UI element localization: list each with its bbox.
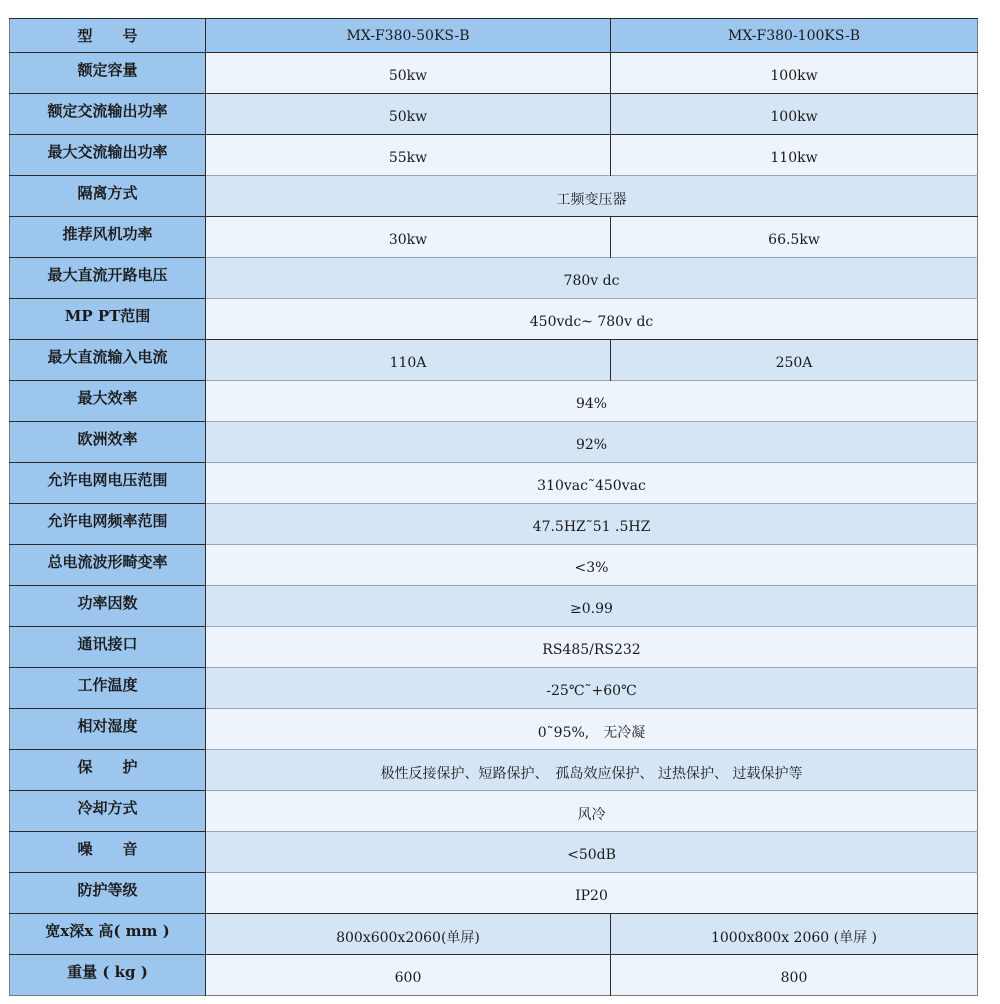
row-value: 92% [206,422,978,463]
table-row: 最大直流输入电流110A250A [10,340,978,381]
row-value: RS485/RS232 [206,627,978,668]
table-row: 通讯接口RS485/RS232 [10,627,978,668]
row-label: 宽x深x 高( mm ) [10,914,206,955]
row-value-model-b: 100kw [611,94,978,135]
row-value-model-a: 50kw [206,53,611,94]
row-label: 欧洲效率 [10,422,206,463]
row-value: 0˜95%, 无冷凝 [206,709,978,750]
row-value-model-b: 1000x800x 2060 (单屏 ) [611,914,978,955]
table-row: 隔离方式工频变压器 [10,176,978,217]
row-label: 重量 ( kg ) [10,955,206,996]
row-label: 相对湿度 [10,709,206,750]
table-row: 额定交流输出功率50kw100kw [10,94,978,135]
row-value-model-b: 110kw [611,135,978,176]
table-row: 保 护极性反接保护、短路保护、 孤岛效应保护、 过热保护、 过载保护等 [10,750,978,791]
row-value-model-a: 50kw [206,94,611,135]
row-label: 噪 音 [10,832,206,873]
row-value: 工频变压器 [206,176,978,217]
row-value-model-a: 30kw [206,217,611,258]
table-row: 重量 ( kg )600800 [10,955,978,996]
row-label: 最大直流开路电压 [10,258,206,299]
row-value: -25℃˜+60℃ [206,668,978,709]
row-value: 310vac˜450vac [206,463,978,504]
row-label: 额定容量 [10,53,206,94]
row-value: 450vdc~ 780v dc [206,299,978,340]
table-row: 总电流波形畸变率<3% [10,545,978,586]
row-label: 推荐风机功率 [10,217,206,258]
table-row: 工作温度-25℃˜+60℃ [10,668,978,709]
row-value-model-a: 110A [206,340,611,381]
row-label: 允许电网电压范围 [10,463,206,504]
row-label: 允许电网频率范围 [10,504,206,545]
row-value: 94% [206,381,978,422]
row-value-model-a: 55kw [206,135,611,176]
header-label: 型 号 [10,19,206,53]
row-label: 隔离方式 [10,176,206,217]
table-row: 相对湿度0˜95%, 无冷凝 [10,709,978,750]
row-label: 工作温度 [10,668,206,709]
table-row: 宽x深x 高( mm )800x600x2060(单屏)1000x800x 20… [10,914,978,955]
row-value: <3% [206,545,978,586]
spec-table: 型 号 MX-F380-50KS-B MX-F380-100KS-B 额定容量5… [9,18,978,996]
row-value: 极性反接保护、短路保护、 孤岛效应保护、 过热保护、 过载保护等 [206,750,978,791]
table-row: 最大交流输出功率55kw110kw [10,135,978,176]
table-row: MP PT范围450vdc~ 780v dc [10,299,978,340]
row-label: 最大效率 [10,381,206,422]
table-row: 允许电网频率范围47.5HZ˜51 .5HZ [10,504,978,545]
row-value-model-a: 600 [206,955,611,996]
row-label: 最大交流输出功率 [10,135,206,176]
table-row: 功率因数≥0.99 [10,586,978,627]
row-label: 通讯接口 [10,627,206,668]
row-value: ≥0.99 [206,586,978,627]
row-label: 最大直流输入电流 [10,340,206,381]
row-value: IP20 [206,873,978,914]
table-row: 冷却方式风冷 [10,791,978,832]
row-value: <50dB [206,832,978,873]
row-value: 47.5HZ˜51 .5HZ [206,504,978,545]
row-label: 保 护 [10,750,206,791]
table-row: 欧洲效率92% [10,422,978,463]
table-row: 最大效率94% [10,381,978,422]
row-value-model-b: 100kw [611,53,978,94]
row-value-model-b: 66.5kw [611,217,978,258]
row-label: 额定交流输出功率 [10,94,206,135]
table-row: 噪 音<50dB [10,832,978,873]
table-row: 允许电网电压范围310vac˜450vac [10,463,978,504]
table-row: 推荐风机功率30kw66.5kw [10,217,978,258]
row-label: 冷却方式 [10,791,206,832]
row-value-model-b: 800 [611,955,978,996]
table-row: 最大直流开路电压780v dc [10,258,978,299]
row-label: MP PT范围 [10,299,206,340]
row-label: 防护等级 [10,873,206,914]
table-row: 防护等级IP20 [10,873,978,914]
header-model-b: MX-F380-100KS-B [611,19,978,53]
row-label: 功率因数 [10,586,206,627]
table-header-row: 型 号 MX-F380-50KS-B MX-F380-100KS-B [10,19,978,53]
row-value-model-a: 800x600x2060(单屏) [206,914,611,955]
row-value: 780v dc [206,258,978,299]
header-model-a: MX-F380-50KS-B [206,19,611,53]
table-row: 额定容量50kw100kw [10,53,978,94]
row-value-model-b: 250A [611,340,978,381]
row-label: 总电流波形畸变率 [10,545,206,586]
row-value: 风冷 [206,791,978,832]
